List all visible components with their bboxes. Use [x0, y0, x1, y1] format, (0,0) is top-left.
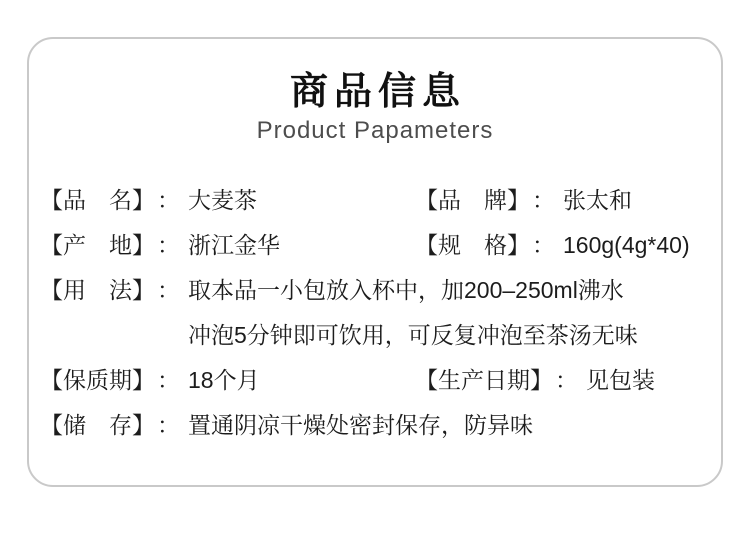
- field-usage: 【用 法】： 取本品一小包放入杯中，加200–250ml沸水 冲泡5分钟即可饮用…: [40, 268, 638, 358]
- usage-line-1: 取本品一小包放入杯中，加200–250ml沸水: [188, 268, 638, 313]
- origin-value: 浙江金华: [188, 223, 280, 268]
- storage-value: 置通阴凉干燥处密封保存，防异味: [188, 403, 533, 448]
- row-storage: 【储 存】：置通阴凉干燥处密封保存，防异味: [40, 403, 713, 448]
- card-header: 商品信息 Product Papameters: [29, 39, 721, 145]
- row-origin-spec: 【产 地】：浙江金华 【规 格】：160g(4g*40): [40, 223, 713, 268]
- spec-value: 160g(4g*40): [563, 223, 690, 268]
- field-product-name: 【品 名】：大麦茶: [40, 178, 415, 223]
- colon: ：: [157, 268, 180, 358]
- brand-label: 【品 牌】: [415, 178, 530, 223]
- product-info-card: 商品信息 Product Papameters 【品 名】：大麦茶 【品 牌】：…: [27, 37, 723, 487]
- usage-line-2: 冲泡5分钟即可饮用，可反复冲泡至茶汤无味: [188, 313, 638, 358]
- colon: ：: [532, 178, 555, 223]
- field-brand: 【品 牌】：张太和: [415, 178, 713, 223]
- colon: ：: [157, 403, 180, 448]
- colon: ：: [532, 223, 555, 268]
- shelf-life-label: 【保质期】: [40, 358, 155, 403]
- product-name-label: 【品 名】: [40, 178, 155, 223]
- card-subtitle: Product Papameters: [29, 117, 721, 145]
- field-origin: 【产 地】：浙江金华: [40, 223, 415, 268]
- colon: ：: [555, 358, 578, 403]
- usage-label: 【用 法】: [40, 268, 155, 358]
- storage-label: 【储 存】: [40, 403, 155, 448]
- row-name-brand: 【品 名】：大麦茶 【品 牌】：张太和: [40, 178, 713, 223]
- field-spec: 【规 格】：160g(4g*40): [415, 223, 713, 268]
- production-date-label: 【生产日期】: [415, 358, 553, 403]
- field-storage: 【储 存】：置通阴凉干燥处密封保存，防异味: [40, 403, 533, 448]
- production-date-value: 见包装: [586, 358, 655, 403]
- product-attributes: 【品 名】：大麦茶 【品 牌】：张太和 【产 地】：浙江金华 【规 格】：160…: [29, 178, 721, 448]
- usage-value: 取本品一小包放入杯中，加200–250ml沸水 冲泡5分钟即可饮用，可反复冲泡至…: [188, 268, 638, 358]
- colon: ：: [157, 358, 180, 403]
- colon: ：: [157, 178, 180, 223]
- shelf-life-value: 18个月: [188, 358, 260, 403]
- row-usage: 【用 法】： 取本品一小包放入杯中，加200–250ml沸水 冲泡5分钟即可饮用…: [40, 268, 713, 358]
- origin-label: 【产 地】: [40, 223, 155, 268]
- field-production-date: 【生产日期】：见包装: [415, 358, 713, 403]
- card-title: 商品信息: [29, 69, 721, 115]
- page-background: 商品信息 Product Papameters 【品 名】：大麦茶 【品 牌】：…: [0, 0, 750, 534]
- row-shelflife-proddate: 【保质期】：18个月 【生产日期】：见包装: [40, 358, 713, 403]
- colon: ：: [157, 223, 180, 268]
- spec-label: 【规 格】: [415, 223, 530, 268]
- field-shelf-life: 【保质期】：18个月: [40, 358, 415, 403]
- brand-value: 张太和: [563, 178, 632, 223]
- product-name-value: 大麦茶: [188, 178, 257, 223]
